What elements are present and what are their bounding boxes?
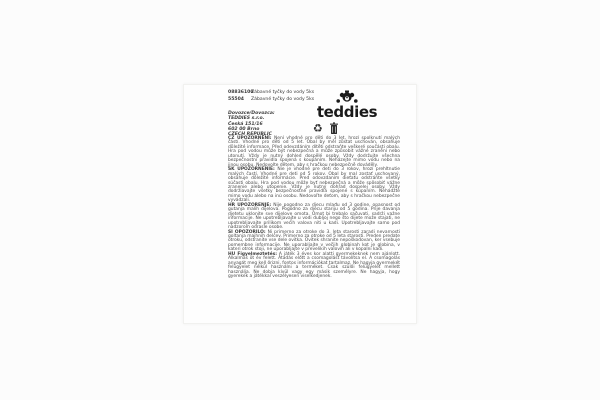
product-code: 08836100 <box>228 90 251 97</box>
warning-text-block: CZ UPOZORNĚNÍ: Není vhodné pro děti do 3… <box>228 137 400 280</box>
product-code: 55504 <box>228 97 251 104</box>
warning-hu: HU Figyelmeztetés: A játék 3 éves kor al… <box>228 253 400 280</box>
warning-sk: SK UPOZORNENIE: Nie je vhodné pre deti d… <box>228 168 400 204</box>
recycling-icon: ♻ <box>313 122 323 135</box>
product-label: 08836100 Zábavné tyčky do vody 5ks 55504… <box>183 84 417 324</box>
warning-sk-text: Nie je vhodné pre deti do 3 rokov, hrozí… <box>228 167 400 203</box>
packaging-symbols: ♻ <box>313 122 339 135</box>
waste-bin-icon <box>329 122 339 135</box>
brand-wordmark: teddies <box>312 105 382 119</box>
warning-cz-text: Není vhodné pro děti do 3 let, hrozí spo… <box>228 136 400 168</box>
warning-hr: HR UPOZORENJE: Nije pogodno za djecu mla… <box>228 204 400 231</box>
teddy-bear-icon <box>335 90 359 104</box>
scanned-label-page: 08836100 Zábavné tyčky do vody 5ks 55504… <box>0 0 600 400</box>
brand-logo: teddies <box>312 90 382 119</box>
warning-si: SI OPOZORILO: Ni primerno za otroke do 3… <box>228 231 400 253</box>
warning-hr-text: Nije pogodno za djecu mlađu od 3 godine,… <box>228 203 400 230</box>
warning-hu-text: A játék 3 éves kor alatti gyermekeknek n… <box>228 252 400 279</box>
warning-cz: CZ UPOZORNĚNÍ: Není vhodné pro děti do 3… <box>228 137 400 168</box>
